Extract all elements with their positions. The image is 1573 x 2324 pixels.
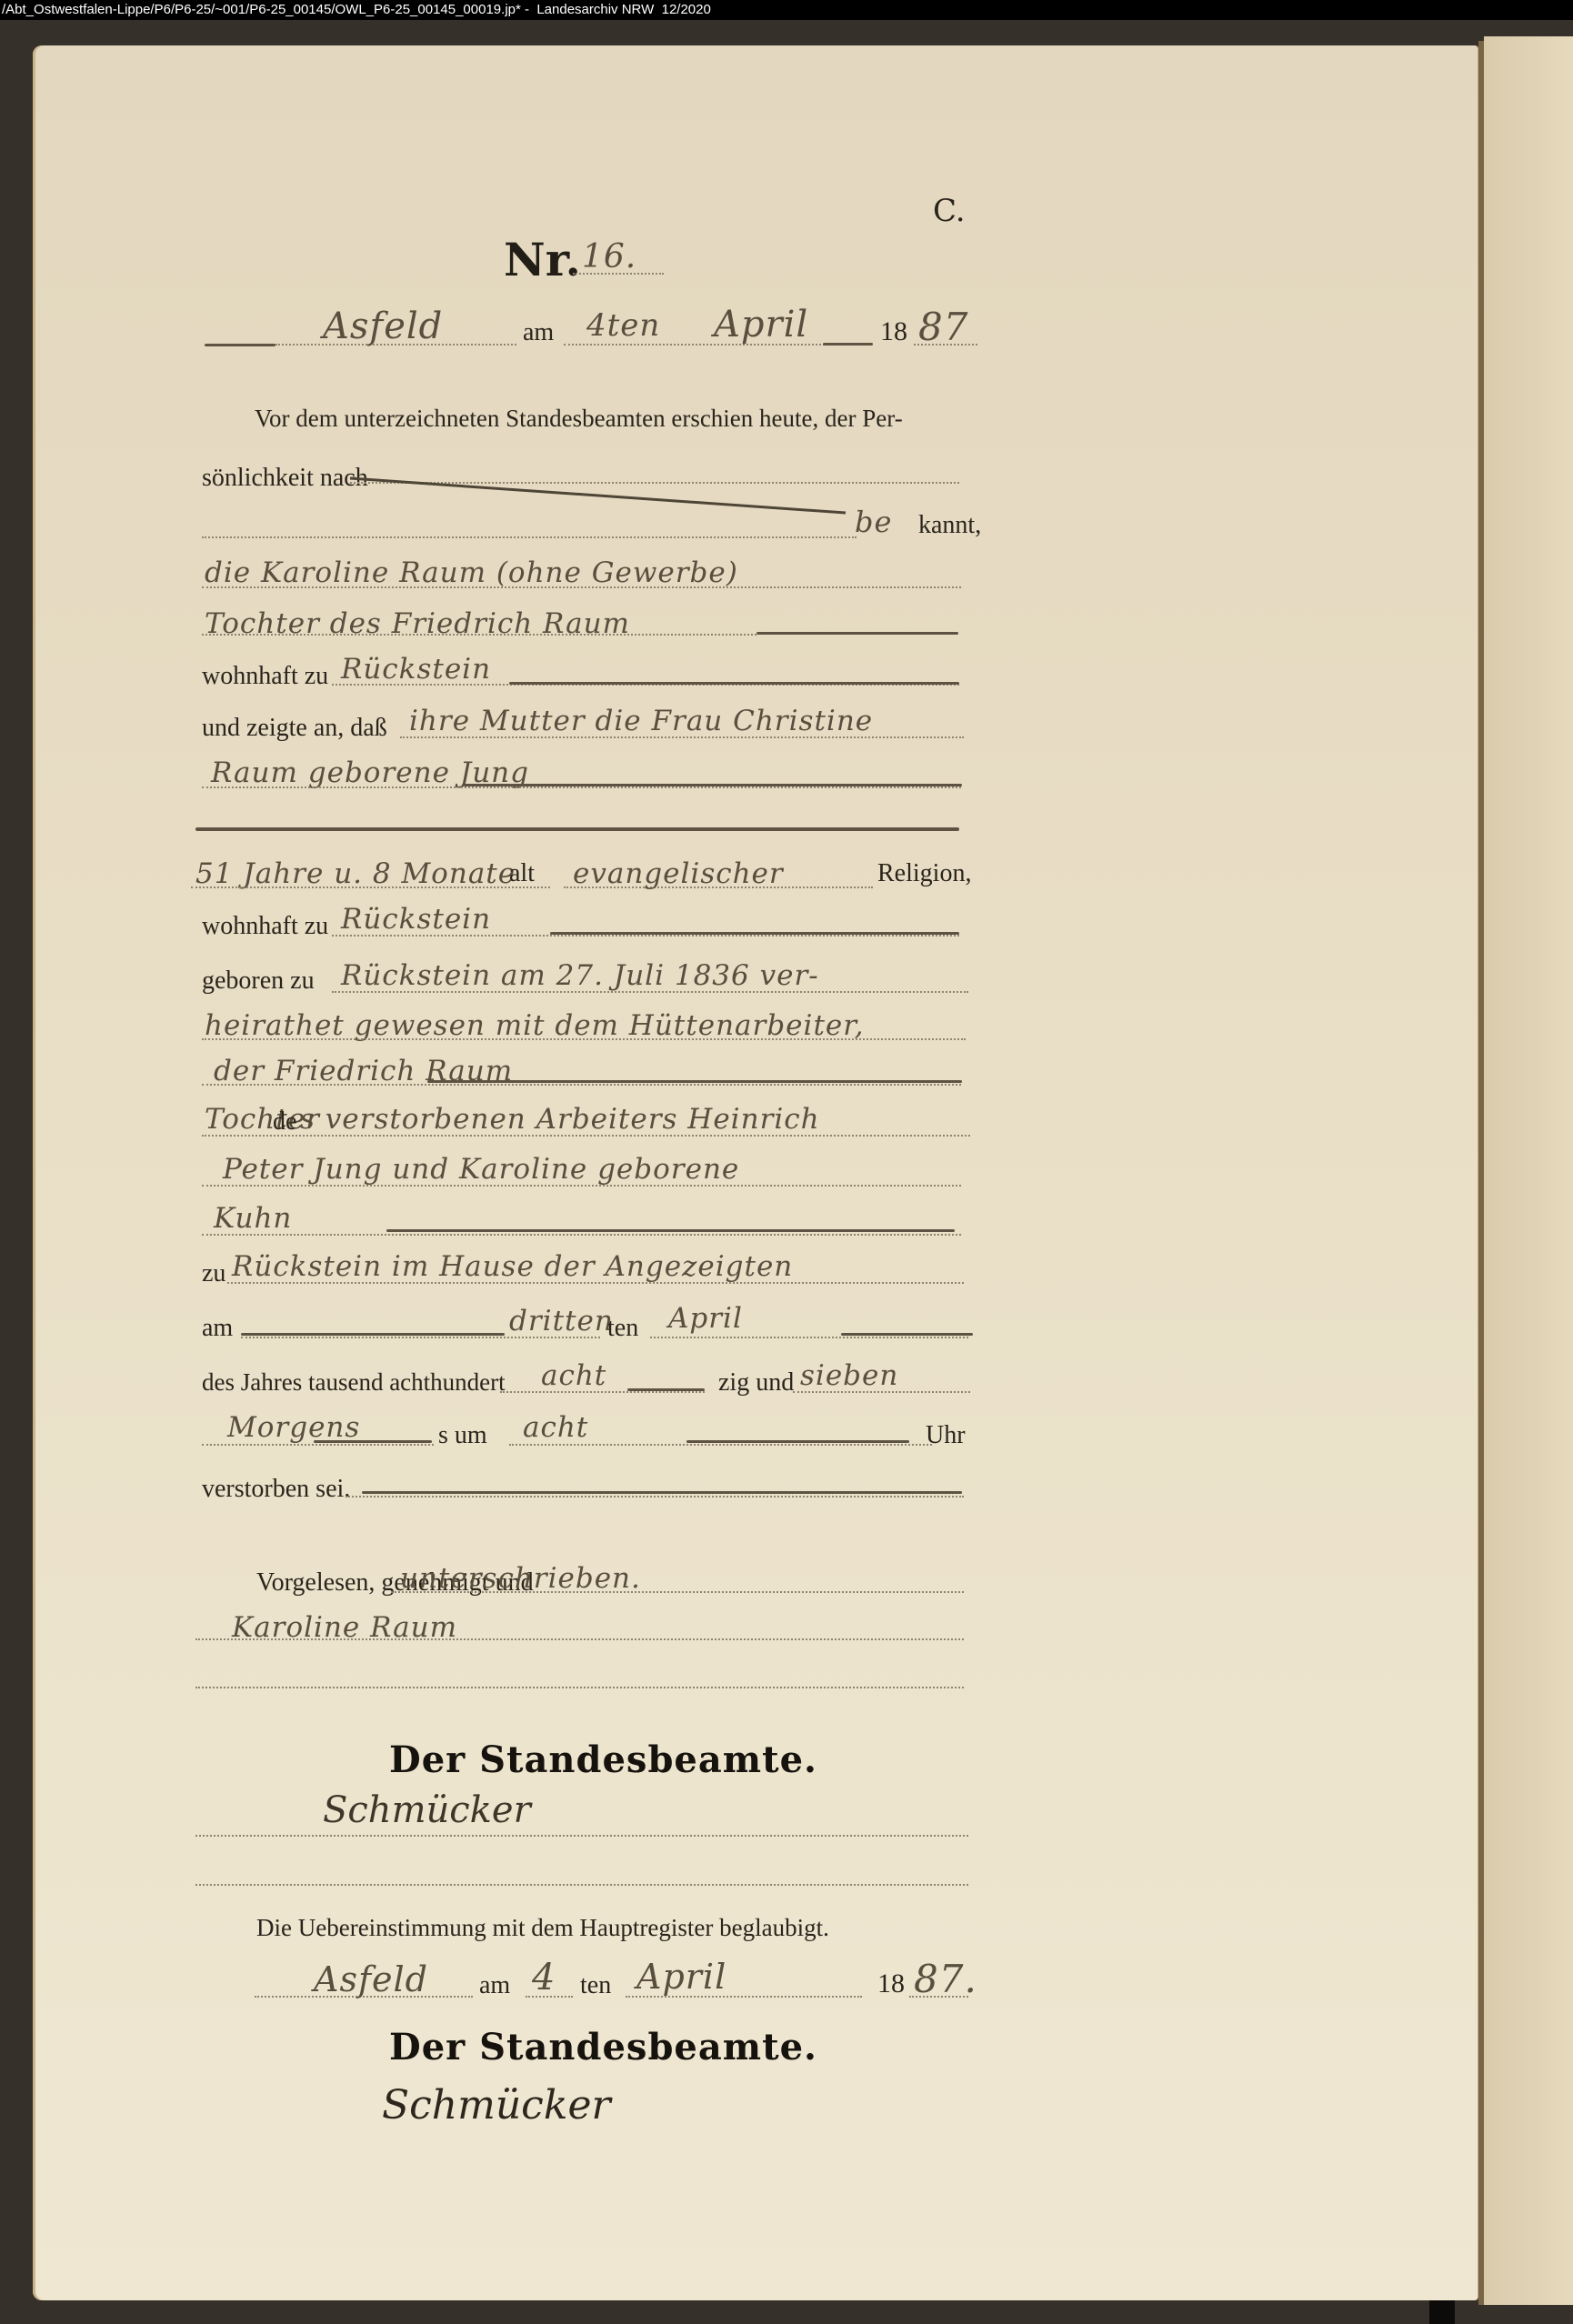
year-tens: acht: [541, 1359, 606, 1392]
reported-label: und zeigte an, daß: [202, 714, 387, 743]
hour-fill: [686, 1440, 909, 1443]
certification-text: Die Uebereinstimmung mit dem Hauptregist…: [256, 1914, 829, 1942]
registrar-heading: Der Standesbeamte.: [389, 1738, 817, 1781]
adjacent-page-edge: [1484, 36, 1573, 2305]
death-place-value: Rückstein im Hause der Angezeigten: [232, 1250, 793, 1283]
born-label: geboren zu: [202, 967, 315, 996]
hour-line: [509, 1444, 932, 1446]
death-month: April: [668, 1302, 743, 1335]
record-number-label: Nr.: [504, 233, 581, 286]
spouse-line-fill: [427, 1080, 962, 1083]
read-value: unterschrieben.: [400, 1562, 641, 1595]
deceased-residence-fill: [550, 932, 959, 935]
death-day: dritten: [509, 1305, 614, 1337]
form-letter: C.: [933, 193, 966, 229]
informant-line-1: die Karoline Raum (ohne Gewerbe): [205, 556, 738, 589]
died-fill: [362, 1491, 962, 1494]
cert-month: April: [636, 1957, 726, 1997]
s-um-label: s um: [438, 1421, 487, 1450]
religion-value: evangelischer: [573, 857, 784, 890]
registrar-signature-line: [195, 1835, 968, 1837]
death-ten-label: ten: [607, 1314, 638, 1343]
reported-line-1: ihre Mutter die Frau Christine: [409, 705, 873, 737]
time-of-day: Morgens: [227, 1411, 360, 1444]
religion-label: Religion,: [877, 859, 971, 888]
married-line-rule: [202, 1038, 966, 1040]
died-label: verstorben sei.: [202, 1475, 350, 1504]
blank-signature-line: [195, 1687, 964, 1688]
informant-line-1-rule: [202, 586, 961, 588]
death-day-fill: [241, 1333, 505, 1336]
residence-label: wohnhaft zu: [202, 662, 328, 691]
cert-year-prefix: 18: [877, 1968, 905, 1999]
header-day: 4ten: [586, 307, 660, 344]
parents-line-3: Kuhn: [214, 1202, 292, 1235]
born-value: Rückstein am 27. Juli 1836 ver-: [341, 959, 819, 992]
year-text-label: des Jahres tausend achthundert: [202, 1368, 506, 1397]
intro-line-3: [202, 536, 857, 538]
residence-value: Rückstein: [341, 653, 491, 686]
cert-registrar-heading: Der Standesbeamte.: [389, 2026, 817, 2069]
reported-line-2-rule: [202, 786, 961, 788]
age-value: 51 Jahre u. 8 Monate: [195, 857, 516, 890]
header-year-suffix: 87: [918, 305, 968, 349]
header-rule: [205, 344, 276, 346]
registrar-signature: Schmücker: [323, 1789, 531, 1831]
cert-registrar-signature: Schmücker: [382, 2082, 611, 2129]
window-title-bar: /Abt_Ostwestfalen-Lippe/P6/P6-25/~001/P6…: [0, 0, 1573, 20]
cert-am-label: am: [479, 1971, 510, 2000]
strike-line: [346, 473, 855, 518]
parents-line-2-rule: [202, 1185, 961, 1187]
header-year-line: [914, 344, 977, 346]
informant-signature-line: [195, 1638, 964, 1640]
deceased-residence-value: Rückstein: [341, 903, 491, 936]
death-month-line: [650, 1337, 968, 1338]
hour-value: acht: [523, 1411, 588, 1444]
residence-fill: [509, 682, 959, 685]
book-spine: [1478, 41, 1484, 2305]
intro-line-3-hand: be: [855, 505, 892, 539]
death-am-label: am: [202, 1314, 233, 1343]
cert-ten-label: ten: [580, 1971, 611, 2000]
record-number-value: 16.: [582, 238, 636, 275]
informant-line-2-fill: [756, 632, 958, 635]
died-line: [346, 1496, 964, 1498]
cert-day: 4: [532, 1957, 556, 1998]
zig-label: zig und: [718, 1368, 794, 1397]
year-units: sieben: [800, 1359, 898, 1392]
death-place-label: zu: [202, 1259, 225, 1288]
spouse-line-rule: [202, 1084, 961, 1086]
reported-line-2-fill: [462, 784, 962, 786]
parents-line-1-rule: [202, 1135, 970, 1137]
header-month: April: [714, 304, 808, 346]
parents-line-2: Peter Jung und Karoline geborene: [223, 1153, 739, 1186]
married-line: heirathet gewesen mit dem Hüttenarbeiter…: [205, 1009, 865, 1042]
header-year-prefix: 18: [880, 316, 907, 347]
uhr-label: Uhr: [926, 1421, 966, 1450]
header-month-rule: [823, 343, 873, 346]
cert-place: Asfeld: [314, 1959, 428, 1999]
age-label: alt: [509, 859, 535, 888]
intro-line-3-label: kannt,: [918, 511, 981, 540]
intro-line-1: Vor dem unterzeichneten Standesbeamten e…: [255, 405, 903, 433]
parents-line-3-rule: [202, 1234, 961, 1236]
des-label: de: [273, 1107, 296, 1137]
record-number-line: [573, 273, 664, 275]
cert-year-line: [909, 1996, 968, 1998]
time-of-day-line: [202, 1444, 434, 1446]
deceased-residence-label: wohnhaft zu: [202, 912, 328, 941]
informant-line-2-rule: [202, 634, 756, 636]
header-place: Asfeld: [323, 306, 443, 347]
cert-year-suffix: 87.: [914, 1957, 977, 2001]
section-divider: [195, 827, 959, 831]
time-of-day-fill: [314, 1440, 432, 1443]
header-am-label: am: [523, 318, 554, 347]
parents-line-1: s verstorbenen Arbeiters Heinrich: [300, 1103, 820, 1136]
intro-line-2-label: sönlichkeit nach: [202, 464, 368, 493]
year-tens-fill: [627, 1388, 705, 1391]
registrar-blank-line: [195, 1884, 968, 1886]
death-month-fill: [841, 1333, 973, 1336]
parents-line-3-fill: [386, 1229, 955, 1232]
age-line: [191, 887, 550, 888]
